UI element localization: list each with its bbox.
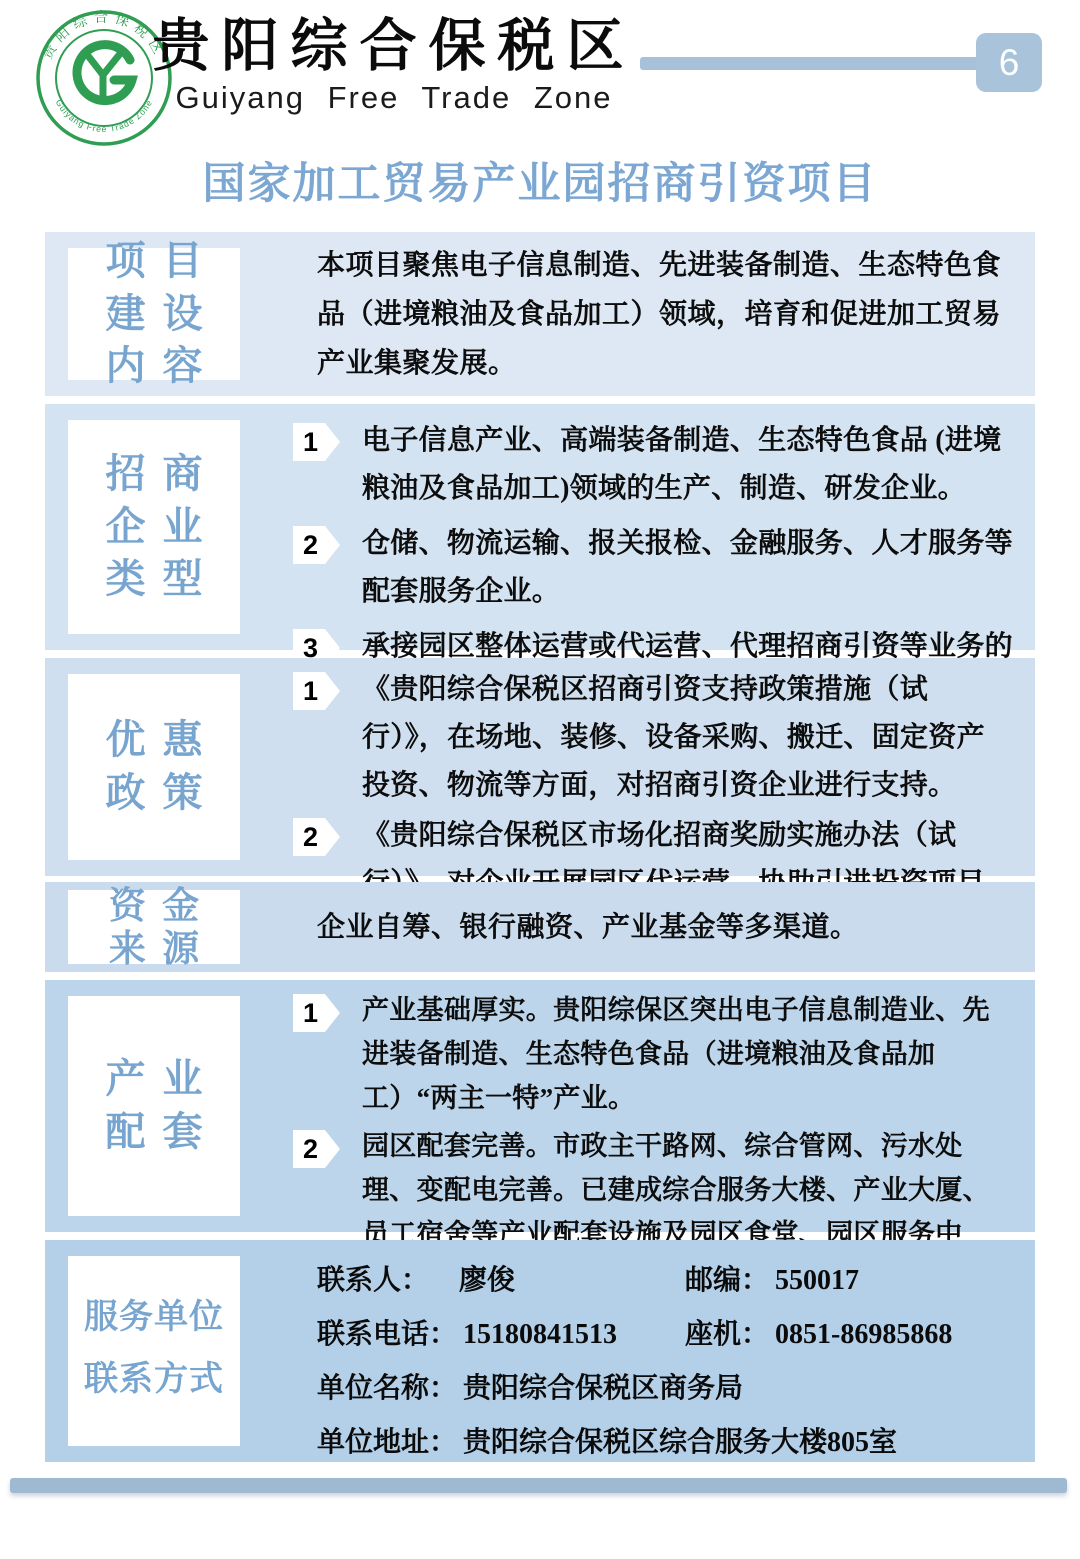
section-label-project: 项 目 建 设 内 容 [68,248,240,380]
contact-row: 单位地址： 贵阳综合保税区综合服务大楼805室 [317,1420,1017,1474]
footer-rule-bar [10,1478,1067,1493]
mobile-phone-value: 15180841513 [463,1319,617,1351]
section-label-text: 内 容 [105,344,202,389]
item-text: 仓储、物流运输、报关报检、金融服务、人才服务等配套服务企业。 [362,520,1013,616]
section-label-text: 类 型 [105,557,202,602]
postal-code-value: 550017 [775,1265,859,1297]
contact-rows: 联系人： 廖俊 邮编： 550017 联系电话： 15180841513 座机：… [317,1258,1017,1474]
header-rule-bar [640,57,980,70]
section-label-text: 产 业 [105,1057,202,1102]
contact-label: 座机： [685,1312,769,1352]
numbered-item: 1 产业基础厚实。贵阳综保区突出电子信息制造业、先进装备制造、生态特色食品（进境… [293,988,1013,1120]
section-funding-sources: 资 金 来 源 企业自筹、银行融资、产业基金等多渠道。 [45,882,1035,972]
contact-label: 单位名称： [317,1366,457,1406]
item-number-badge: 2 [293,818,340,856]
section-preferential-policies: 优 惠 政 策 1 《贵阳综合保税区招商引资支持政策措施（试行）》，在场地、装修… [45,658,1035,876]
section-industrial-support: 产 业 配 套 1 产业基础厚实。贵阳综保区突出电子信息制造业、先进装备制造、生… [45,980,1035,1232]
item-number-badge: 1 [293,994,340,1032]
section-body-text: 企业自筹、银行融资、产业基金等多渠道。 [317,882,1003,972]
item-number-badge: 2 [293,1130,340,1168]
numbered-item: 1 电子信息产业、高端装备制造、生态特色食品 (进境粮油及食品加工)领域的生产、… [293,417,1013,513]
section-label-enterprise: 招 商 企 业 类 型 [68,420,240,634]
flyer-page: 贵阳综合保税区 Guiyang Free Trade Zone 贵阳综合保税区 … [0,0,1080,1559]
unit-address-value: 贵阳综合保税区综合服务大楼805室 [463,1420,897,1460]
item-number-badge: 1 [293,423,340,461]
contact-person-value: 廖俊 [459,1258,515,1298]
item-text: 电子信息产业、高端装备制造、生态特色食品 (进境粮油及食品加工)领域的生产、制造… [362,417,1013,513]
section-label-text: 招 商 [105,452,202,497]
numbered-item: 2 仓储、物流运输、报关报检、金融服务、人才服务等配套服务企业。 [293,520,1013,616]
contact-label: 联系人： [317,1258,429,1298]
item-number-badge: 1 [293,672,340,710]
contact-label: 联系电话： [317,1312,457,1352]
section-label-policy: 优 惠 政 策 [68,674,240,860]
numbered-item: 1 《贵阳综合保税区招商引资支持政策措施（试行）》，在场地、装修、设备采购、搬迁… [293,666,1013,810]
item-text: 《贵阳综合保税区招商引资支持政策措施（试行）》，在场地、装修、设备采购、搬迁、固… [362,666,1013,810]
section-label-text: 资 金 [109,885,199,926]
logo-gy-monogram [77,45,132,101]
contact-row: 联系电话： 15180841513 座机： 0851-86985868 [317,1312,1017,1366]
page-title: 国家加工贸易产业园招商引资项目 [0,150,1080,211]
org-name-en: Guiyang Free Trade Zone [148,80,640,116]
landline-phone-value: 0851-86985868 [775,1319,952,1351]
contact-label: 邮编： [685,1258,769,1298]
item-number-badge: 2 [293,526,340,564]
section-label-text: 建 设 [105,292,202,337]
section-label-text: 优 惠 [105,718,202,763]
section-label-text: 服务单位 [84,1298,224,1336]
section-service-contact: 服务单位 联系方式 联系人： 廖俊 邮编： 550017 联系电话： 15180… [45,1240,1035,1462]
item-text: 产业基础厚实。贵阳综保区突出电子信息制造业、先进装备制造、生态特色食品（进境粮油… [362,988,1013,1120]
section-enterprise-types: 招 商 企 业 类 型 1 电子信息产业、高端装备制造、生态特色食品 (进境粮油… [45,404,1035,650]
section-body-text: 本项目聚焦电子信息制造、先进装备制造、生态特色食品（进境粮油及食品加工）领域，培… [317,232,1003,396]
section-label-contact: 服务单位 联系方式 [68,1256,240,1446]
section-label-text: 项 目 [105,239,202,284]
org-name-zh: 贵阳综合保税区 [148,16,640,79]
section-label-industry: 产 业 配 套 [68,996,240,1216]
section-label-funding: 资 金 来 源 [68,890,240,964]
section-project-content: 项 目 建 设 内 容 本项目聚焦电子信息制造、先进装备制造、生态特色食品（进境… [45,232,1035,396]
contact-label: 单位地址： [317,1420,457,1460]
section-label-text: 联系方式 [84,1360,224,1398]
contact-row: 联系人： 廖俊 邮编： 550017 [317,1258,1017,1312]
section-label-text: 企 业 [105,505,202,550]
unit-name-value: 贵阳综合保税区商务局 [463,1366,743,1406]
section-label-text: 政 策 [105,771,202,816]
section-label-text: 来 源 [109,928,199,969]
page-number-badge: 6 [976,33,1042,92]
section-label-text: 配 套 [105,1110,202,1155]
contact-row: 单位名称： 贵阳综合保税区商务局 [317,1366,1017,1420]
org-title-block: 贵阳综合保税区 Guiyang Free Trade Zone [148,16,640,116]
